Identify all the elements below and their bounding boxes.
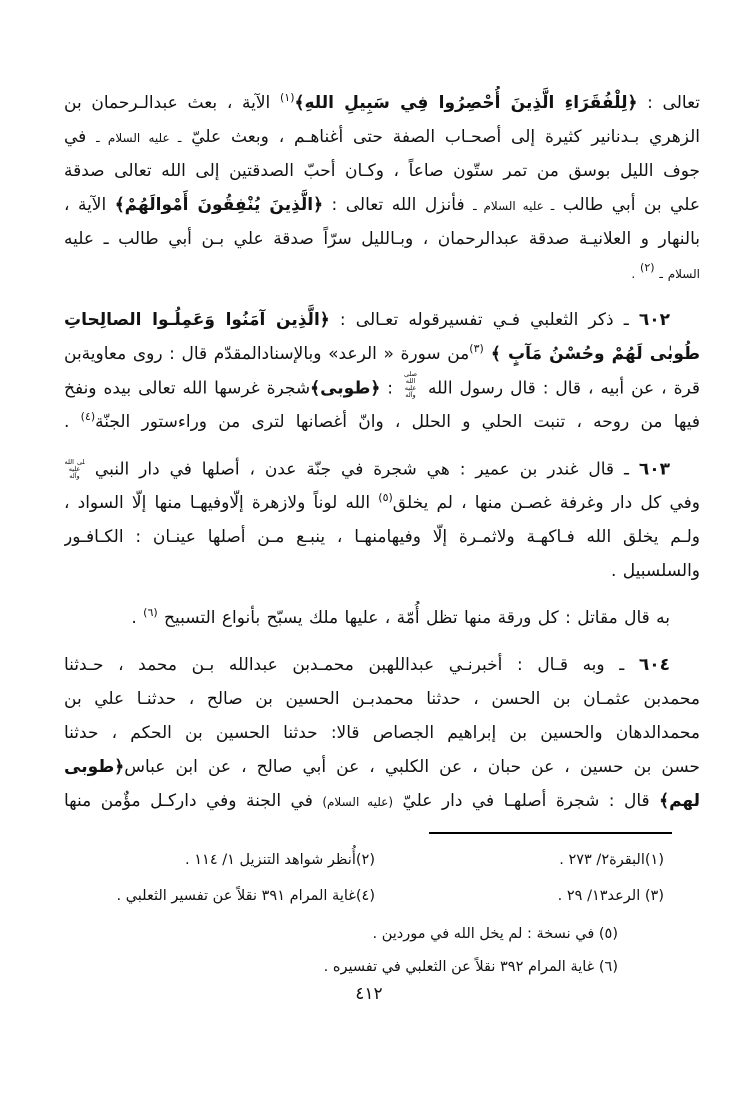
text-segment: حسن بن حسين ، عن حبان ، عن الكلبي ، عن أ… <box>124 757 700 777</box>
text-line: محمدالدهان والحسين بن إبراهيم الجصاص قال… <box>64 716 700 750</box>
text-segment: فأنزل الله تعالى : <box>323 195 473 215</box>
book-page: تعالى : ﴿لِلْفُقَرَاءِ الَّذِينَ أُحْصِر… <box>0 0 738 1114</box>
text-segment: . <box>131 608 143 628</box>
footnote-full-list: (٥) في نسخة : لم يخل الله في موردين .(٦)… <box>64 918 700 984</box>
footnote-separator <box>429 832 672 834</box>
text-segment: ـ قال غندر بن عمير : هي شجرة في جنّة عدن… <box>85 459 639 479</box>
footnote-ref: (٤) <box>81 410 96 423</box>
text-segment: ﴿الَّذِينَ يُنْفِقُونَ أَمْوالَهُمْ﴾ <box>115 195 323 215</box>
text-segment: قرة ، عن أبيه ، قال : قال رسول الله <box>421 378 700 398</box>
paragraph-603: ٦٠٣ ـ قال غندر بن عمير : هي شجرة في جنّة… <box>64 452 700 588</box>
footnote-row: (١)البقرة٢/ ٢٧٣ .(٢)أُنظر شواهد التنزيل … <box>64 842 700 878</box>
footnote-item: (٦) غاية المرام ٣٩٢ نقلاً عن الثعلبي في … <box>64 951 700 984</box>
text-segment: (عليه السلام) <box>322 795 393 809</box>
text-segment: بالنهار و العلانيـة صدقة عبدالرحمان ، وب… <box>64 229 700 249</box>
text-segment: من سورة « الرعد» وبالإسنادالمقدّم قال : … <box>64 344 469 364</box>
text-line: تعالى : ﴿لِلْفُقَرَاءِ الَّذِينَ أُحْصِر… <box>64 86 700 120</box>
footnote-grid: (١)البقرة٢/ ٢٧٣ .(٢)أُنظر شواهد التنزيل … <box>64 842 700 914</box>
text-segment: ولـم يخلق الله فـاكهـة ولاثمـرة إلّا وفي… <box>64 527 700 547</box>
paragraph-muqatil: به قال مقاتل : كل ورقة منها تظل أُمّة ، … <box>64 601 700 635</box>
text-line: الزهري بـدنانير كثيرة إلى أصحـاب الصفة ح… <box>64 120 700 154</box>
text-segment: تعالى : <box>637 93 700 113</box>
text-segment: ﴿طوبى﴾ <box>310 378 380 398</box>
text-segment: ـ ذكر الثعلبي فـي تفسيرقوله تعـالى : <box>330 310 639 330</box>
text-segment: ﴿الَّذِين آمَنُوا وَعَمِلُـوا الصالِحاتِ <box>64 310 330 330</box>
text-segment: به قال مقاتل : كل ورقة منها تظل أُمّة ، … <box>158 608 670 628</box>
text-segment: ـ عليه السلام ـ <box>473 199 554 213</box>
text-line: لهم﴾ قال : شجرة أصلهـا في دار عليّ (عليه… <box>64 784 700 818</box>
text-line: جوف الليل بوسق من تمر ستّون صاعاً ، وكـا… <box>64 154 700 188</box>
text-segment: شجرة غرسها الله تعالى بيده ونفخ <box>64 378 310 398</box>
footnote-item: (٢)أُنظر شواهد التنزيل ١/ ١١٤ . <box>64 842 382 878</box>
text-segment: في الجنة وفي داركـل مؤٌمن منها <box>64 791 322 811</box>
text-segment: الزهري بـدنانير كثيرة إلى أصحـاب الصفة ح… <box>181 127 700 147</box>
footnote-ref: (٣) <box>469 342 484 355</box>
footnotes-section: (١)البقرة٢/ ٢٧٣ .(٢)أُنظر شواهد التنزيل … <box>64 832 700 984</box>
text-line: السلام ـ (٢) . <box>64 256 700 290</box>
text-line: ولـم يخلق الله فـاكهـة ولاثمـرة إلّا وفي… <box>64 520 700 554</box>
paragraph-604: ٦٠٤ ـ وبه قـال : أخبرنـي عبداللهبن محمـد… <box>64 648 700 818</box>
text-segment: في <box>64 127 96 147</box>
text-line: علي بن أبي طالب ـ عليه السلام ـ فأنزل ال… <box>64 188 700 222</box>
text-line: حسن بن حسين ، عن حبان ، عن الكلبي ، عن أ… <box>64 750 700 784</box>
text-segment: والسلسبيل . <box>611 561 700 581</box>
text-segment: ﴿طوبى <box>64 757 124 777</box>
text-line: ٦٠٣ ـ قال غندر بن عمير : هي شجرة في جنّة… <box>64 452 700 486</box>
text-segment: طُوبٰى لَهُمْ وحُسْنُ مَآبٍ ﴾ <box>484 344 700 364</box>
text-segment: . <box>64 412 81 432</box>
text-segment: الله لوناً ولازهرة إلّاوفيهـا منها إلّا … <box>64 493 378 513</box>
text-line: والسلسبيل . <box>64 554 700 588</box>
footnote-item: (٥) في نسخة : لم يخل الله في موردين . <box>64 918 700 951</box>
text-segment: محمدالدهان والحسين بن إبراهيم الجصاص قال… <box>64 723 700 743</box>
text-segment: . <box>631 267 640 281</box>
footnote-ref: (٦) <box>143 606 158 619</box>
footnote-ref: (٢) <box>640 261 655 274</box>
prophet-seal: صلى الله عليه وآله <box>64 452 85 481</box>
text-segment: علي بن أبي طالب <box>554 195 700 215</box>
text-segment: جوف الليل بوسق من تمر ستّون صاعاً ، وكـا… <box>64 161 700 181</box>
footnote-row: (٣) الرعد١٣/ ٢٩ .(٤)غاية المرام ٣٩١ نقلا… <box>64 878 700 914</box>
text-segment: السلام ـ <box>655 267 700 281</box>
paragraph-601-continuation: تعالى : ﴿لِلْفُقَرَاءِ الَّذِينَ أُحْصِر… <box>64 86 700 290</box>
footnote-item: (١)البقرة٢/ ٢٧٣ . <box>382 842 700 878</box>
text-segment: فيها من روحه ، تنبت الحلي و الحلل ، وانّ… <box>95 412 700 432</box>
text-segment: قال : شجرة أصلهـا في دار عليّ <box>393 791 659 811</box>
text-segment: : <box>380 378 400 398</box>
text-segment: لهم﴾ <box>659 791 700 811</box>
text-segment: وفي كل دار وغرفة غصـن منها ، لم يخلق <box>393 493 700 513</box>
text-segment: ـ وبه قـال : أخبرنـي عبداللهبن محمـدبن ع… <box>64 655 639 675</box>
main-text: تعالى : ﴿لِلْفُقَرَاءِ الَّذِينَ أُحْصِر… <box>64 86 700 818</box>
text-segment: محمدبن عثمـان بن الحسن ، حدثنا محمدبـن ا… <box>64 689 700 709</box>
footnote-ref: (١) <box>280 91 295 104</box>
text-line: فيها من روحه ، تنبت الحلي و الحلل ، وانّ… <box>64 405 700 439</box>
text-line: ٦٠٤ ـ وبه قـال : أخبرنـي عبداللهبن محمـد… <box>64 648 700 682</box>
text-segment: ٦٠٣ <box>639 459 670 479</box>
text-segment: ٦٠٢ <box>639 310 670 330</box>
text-line: به قال مقاتل : كل ورقة منها تظل أُمّة ، … <box>64 601 700 635</box>
text-line: ٦٠٢ ـ ذكر الثعلبي فـي تفسيرقوله تعـالى :… <box>64 303 700 337</box>
footnote-item: (٤)غاية المرام ٣٩١ نقلاً عن تفسير الثعلب… <box>64 878 382 914</box>
prophet-seal: صلى الله عليه وآله <box>400 371 421 400</box>
text-line: طُوبٰى لَهُمْ وحُسْنُ مَآبٍ ﴾ (٣)من سورة… <box>64 337 700 371</box>
footnote-item: (٣) الرعد١٣/ ٢٩ . <box>382 878 700 914</box>
text-segment: ٦٠٤ <box>639 655 670 675</box>
text-line: بالنهار و العلانيـة صدقة عبدالرحمان ، وب… <box>64 222 700 256</box>
text-line: وفي كل دار وغرفة غصـن منها ، لم يخلق(٥) … <box>64 486 700 520</box>
paragraph-602: ٦٠٢ ـ ذكر الثعلبي فـي تفسيرقوله تعـالى :… <box>64 303 700 439</box>
text-segment: ـ عليه السلام ـ <box>96 131 181 145</box>
page-number: ٤١٢ <box>0 984 738 1004</box>
text-line: محمدبن عثمـان بن الحسن ، حدثنا محمدبـن ا… <box>64 682 700 716</box>
text-line: قرة ، عن أبيه ، قال : قال رسول الله صلى … <box>64 371 700 405</box>
footnote-ref: (٥) <box>378 491 393 504</box>
text-segment: ﴿لِلْفُقَرَاءِ الَّذِينَ أُحْصِرُوا فِي … <box>295 93 638 113</box>
